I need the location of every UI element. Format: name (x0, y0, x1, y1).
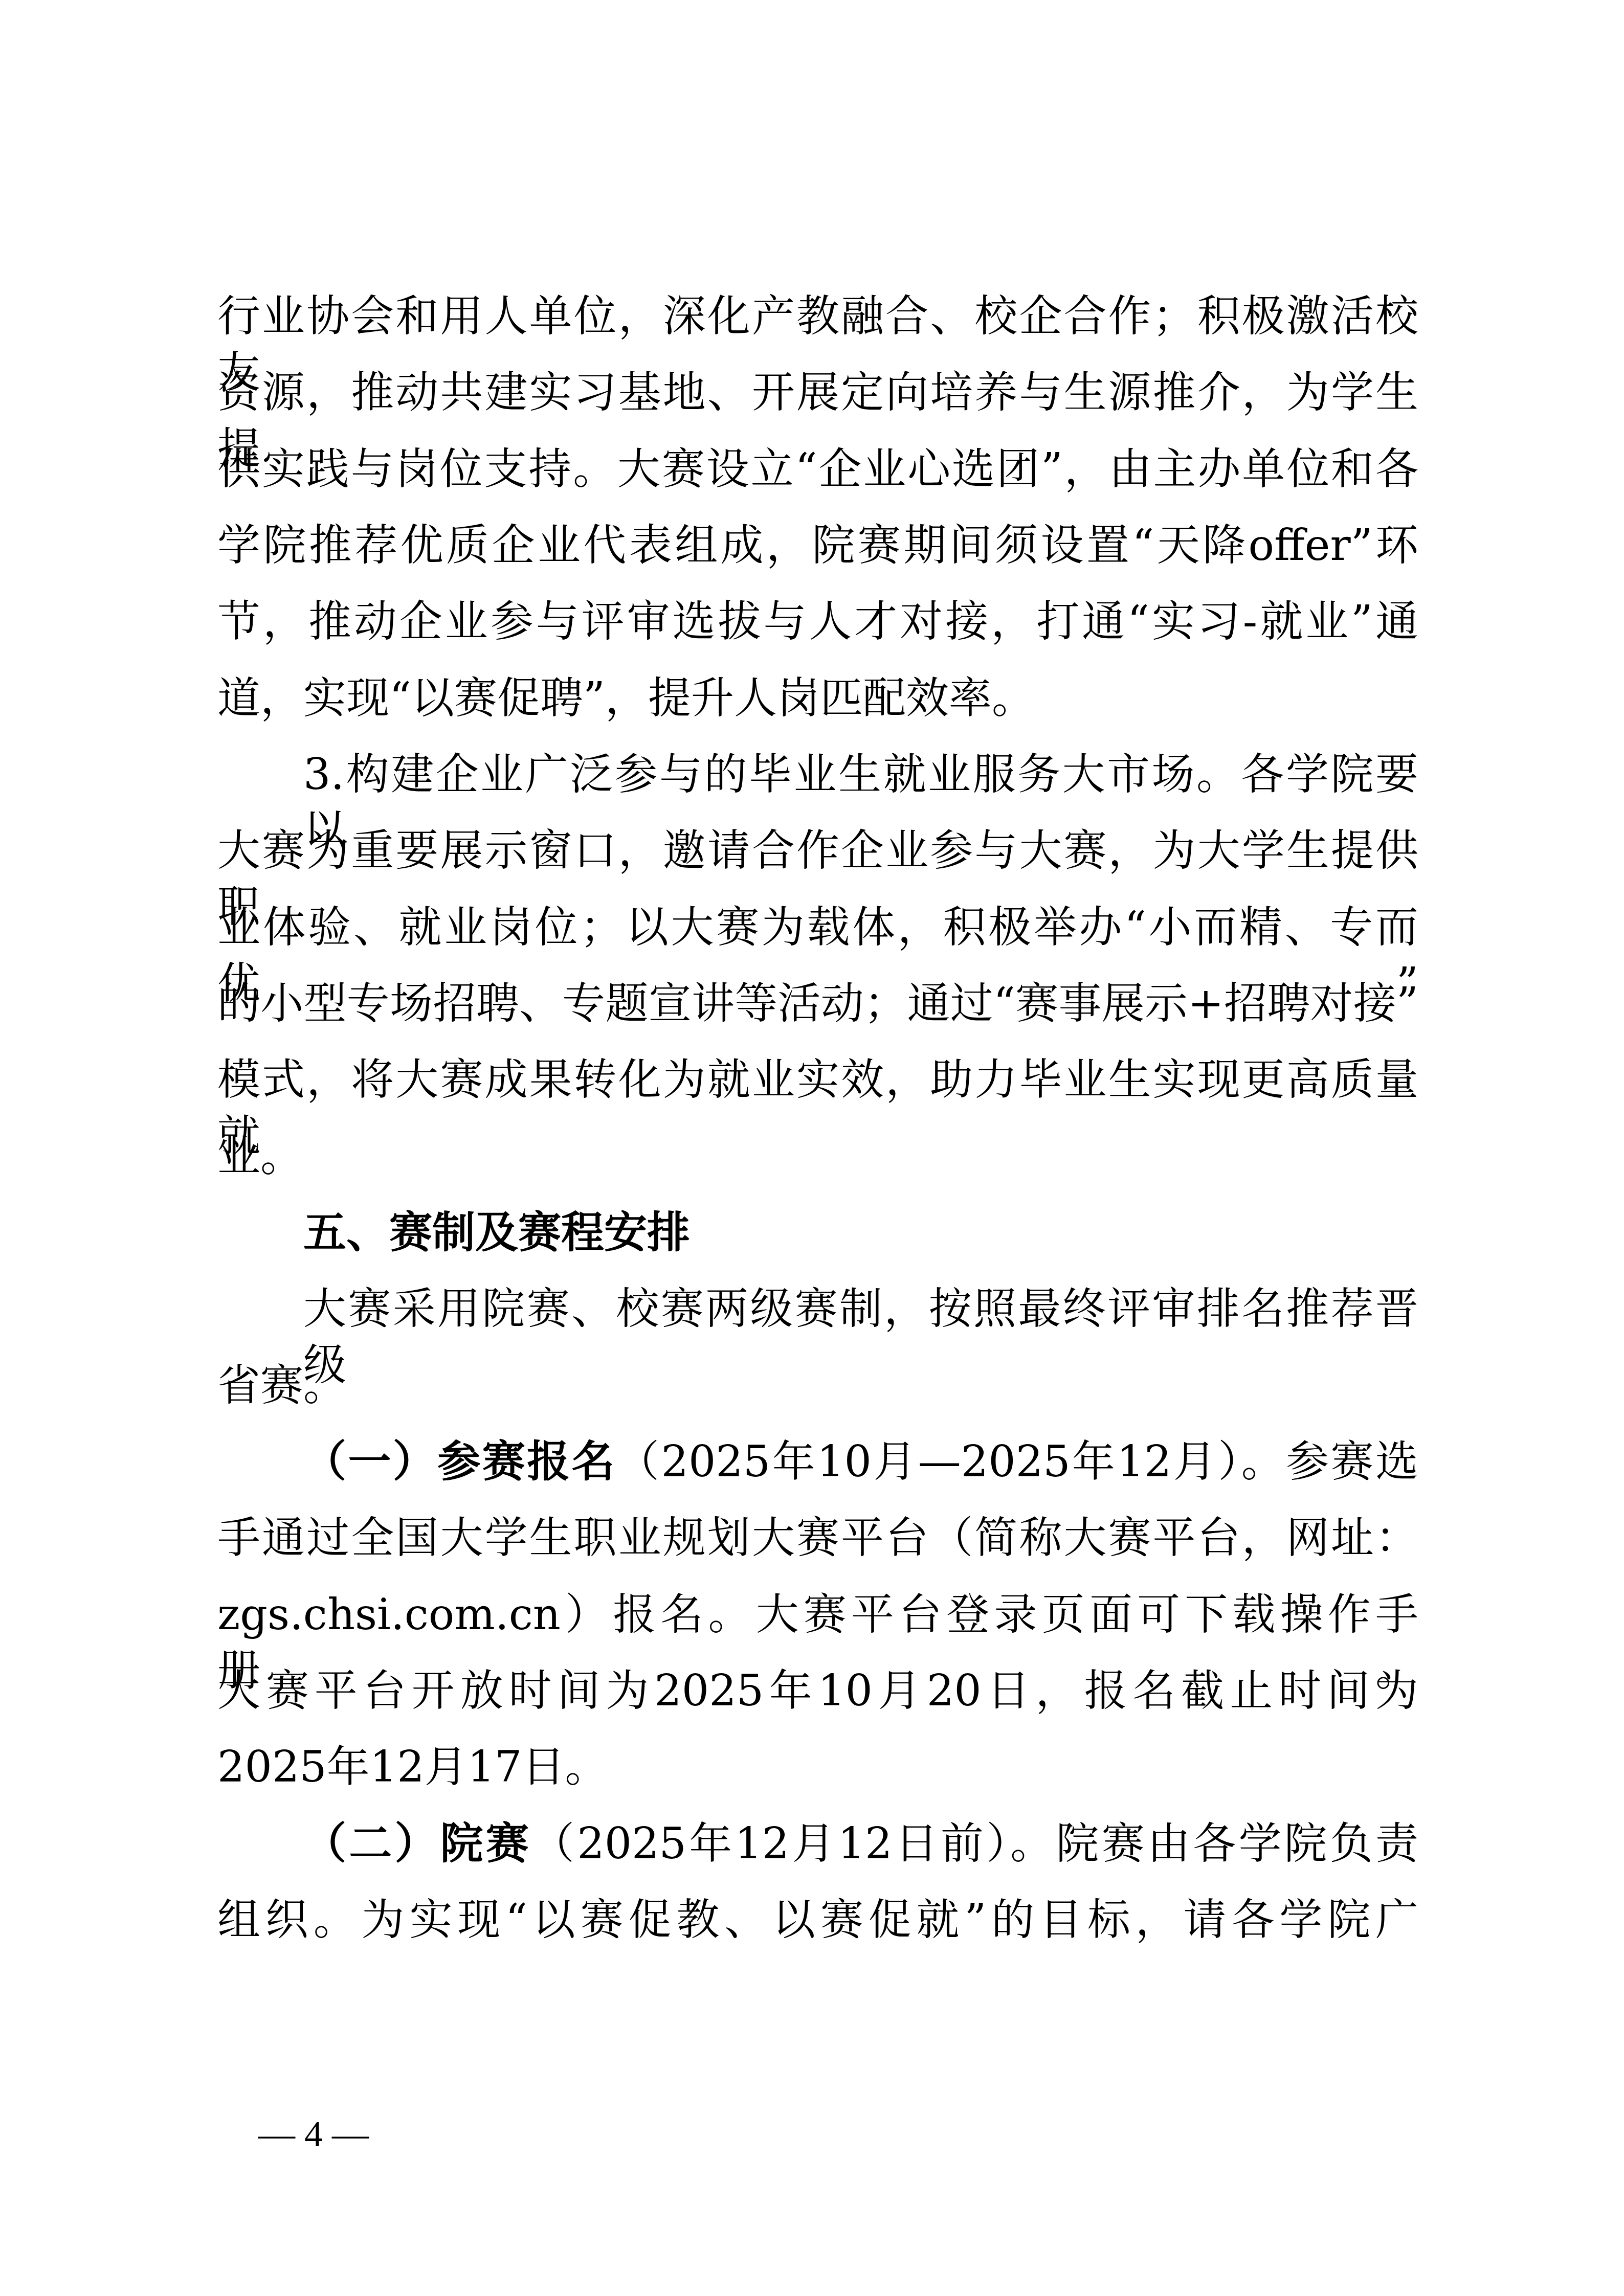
body-line: 模式，将大赛成果转化为就业实效，助力毕业生实现更高质量就 (217, 1051, 1418, 1108)
body-line: 学院推荐优质企业代表组成，院赛期间须设置“天降offer”环 (217, 517, 1418, 573)
body-line: 大赛采用院赛、校赛两级赛制，按照最终评审排名推荐晋级 (303, 1280, 1418, 1337)
body-line: 道，实现“以赛促聘”，提升人岗匹配效率。 (217, 670, 1418, 726)
section-heading: 五、赛制及赛程安排 (303, 1204, 1418, 1260)
page-number: — 4 — (258, 2106, 369, 2162)
document-page: 行业协会和用人单位，深化产教融合、校企合作；积极激活校友 资源，推动共建实习基地… (0, 0, 1624, 2296)
body-line: 省赛。 (217, 1357, 1418, 1413)
subsection-label: （二）院赛 (303, 1818, 531, 1869)
body-line: 大赛为重要展示窗口，邀请合作企业参与大赛，为大学生提供职 (217, 822, 1418, 879)
subsection-text: （2025年10月—2025年12月）。参赛选 (616, 1436, 1418, 1487)
subsection-label: （一）参赛报名 (303, 1436, 616, 1487)
body-line: 手通过全国大学生职业规划大赛平台（简称大赛平台，网址： (217, 1510, 1418, 1566)
subsection-text: （2025年12月12日前）。院赛由各学院负责 (531, 1818, 1418, 1869)
numbered-item-3: 3.构建企业广泛参与的毕业生就业服务大市场。各学院要以 (303, 746, 1418, 802)
body-line: 业。 (217, 1128, 1418, 1184)
body-line: 行业协会和用人单位，深化产教融合、校企合作；积极激活校友 (217, 288, 1418, 344)
body-line: 大赛平台开放时间为2025年10月20日，报名截止时间为 (217, 1662, 1418, 1719)
body-line-url: zgs.chsi.com.cn）报名。大赛平台登录页面可下载操作手册。 (217, 1586, 1418, 1642)
subsection-registration: （一）参赛报名（2025年10月—2025年12月）。参赛选 (303, 1433, 1418, 1490)
subsection-college-round: （二）院赛（2025年12月12日前）。院赛由各学院负责 (303, 1815, 1418, 1872)
body-line: 资源，推动共建实习基地、开展定向培养与生源推介，为学生提 (217, 364, 1418, 420)
body-line: 的小型专场招聘、专题宣讲等活动；通过“赛事展示+招聘对接” (217, 975, 1418, 1031)
body-line: 组织。为实现“以赛促教、以赛促就”的目标，请各学院广 (217, 1892, 1418, 1948)
body-line: 节，推动企业参与评审选拔与人才对接，打通“实习-就业”通 (217, 593, 1418, 649)
body-line: 业体验、就业岗位；以大赛为载体，积极举办“小而精、专而优” (217, 899, 1418, 955)
body-line: 供实践与岗位支持。大赛设立“企业心选团”，由主办单位和各 (217, 441, 1418, 497)
body-line: 2025年12月17日。 (217, 1739, 1418, 1795)
